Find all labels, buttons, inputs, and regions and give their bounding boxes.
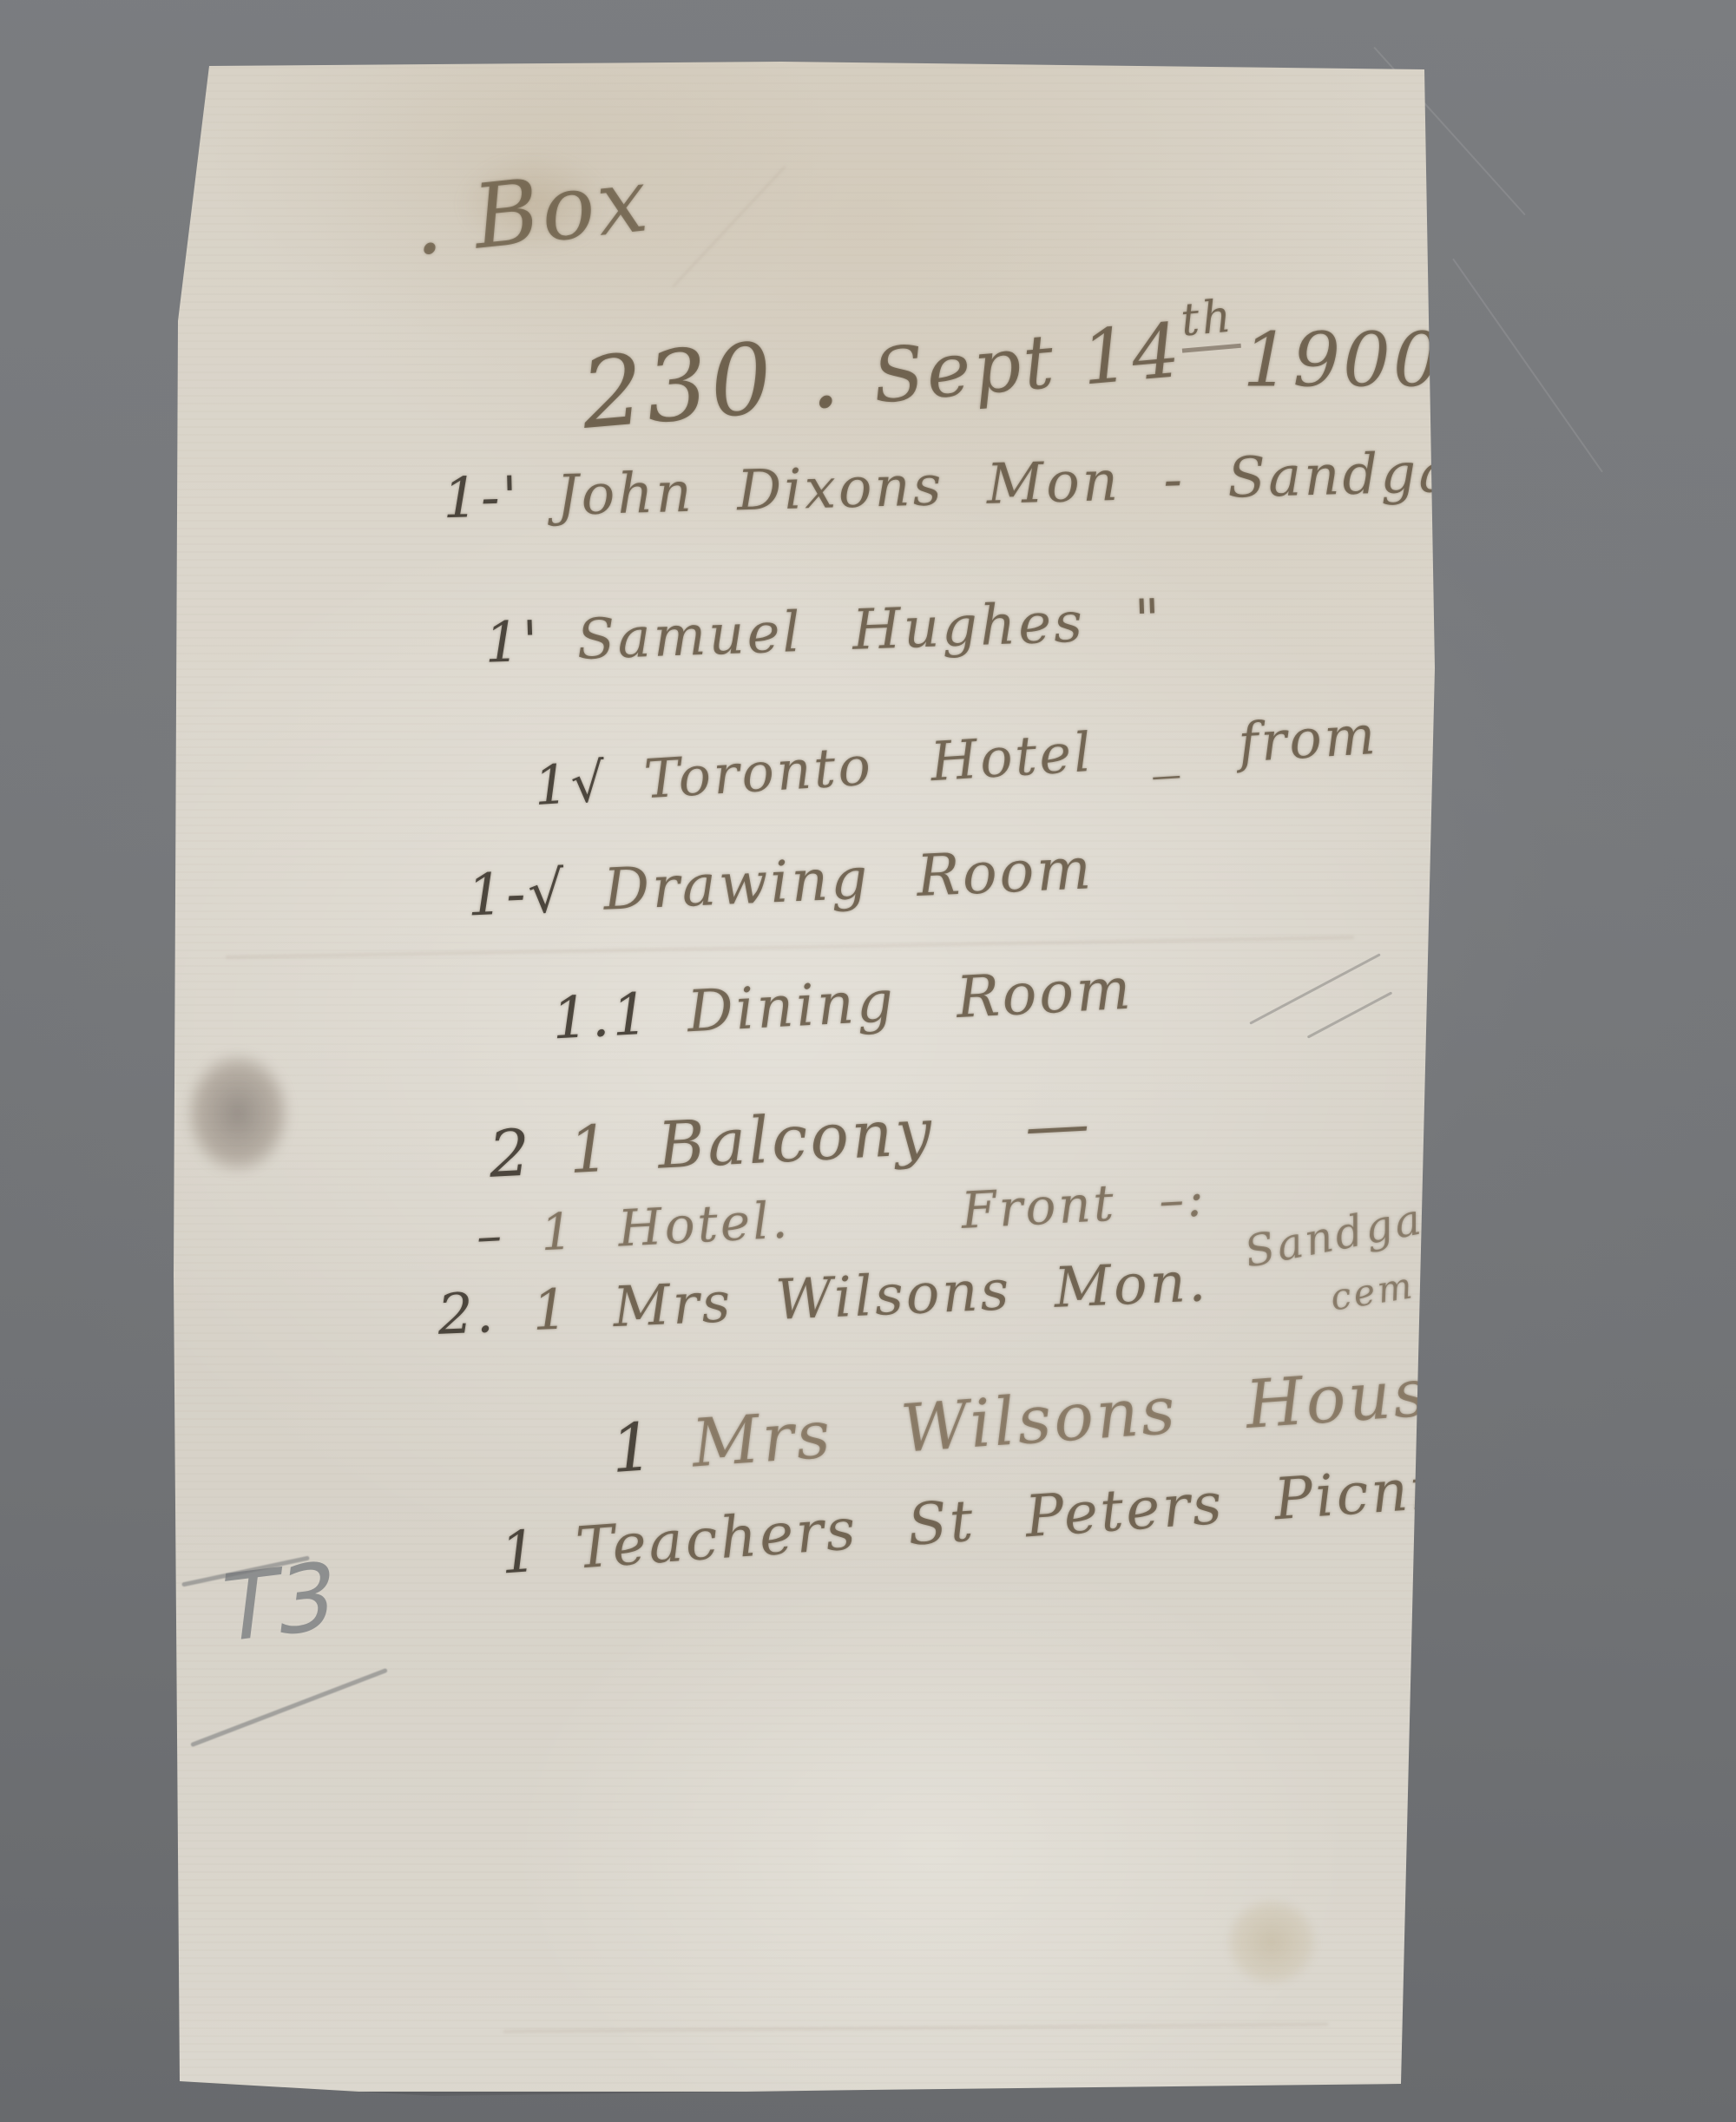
pencil-hatch <box>1307 991 1393 1038</box>
item-count: 2. <box>437 1281 497 1348</box>
item-count: 1 <box>498 1518 542 1587</box>
pencil-hatch <box>1249 953 1381 1024</box>
paper-crease <box>503 2023 1328 2033</box>
box-label: . Box <box>408 148 655 276</box>
item-text: Teachers St Peters Picnic <box>574 1453 1468 1581</box>
item-count: 1' <box>483 609 542 675</box>
water-stain <box>1211 1883 1332 2000</box>
pencil-mark-text: T3 <box>215 1541 343 1665</box>
photo-background: . Box 230 .Sept 14th1900 1-'John Dixons … <box>0 0 1736 2122</box>
pencil-archive-number: T3 <box>215 1541 343 1665</box>
paper-crease <box>672 166 786 287</box>
item-count: 1-' <box>442 465 521 531</box>
background-scratch <box>1452 259 1603 473</box>
item-text: John Dixons Mon - Sandgate <box>556 439 1516 529</box>
date-ordinal: th <box>1177 290 1241 353</box>
pencil-diagonal-stroke <box>190 1668 388 1747</box>
note-paper: . Box 230 .Sept 14th1900 1-'John Dixons … <box>174 61 1437 2092</box>
